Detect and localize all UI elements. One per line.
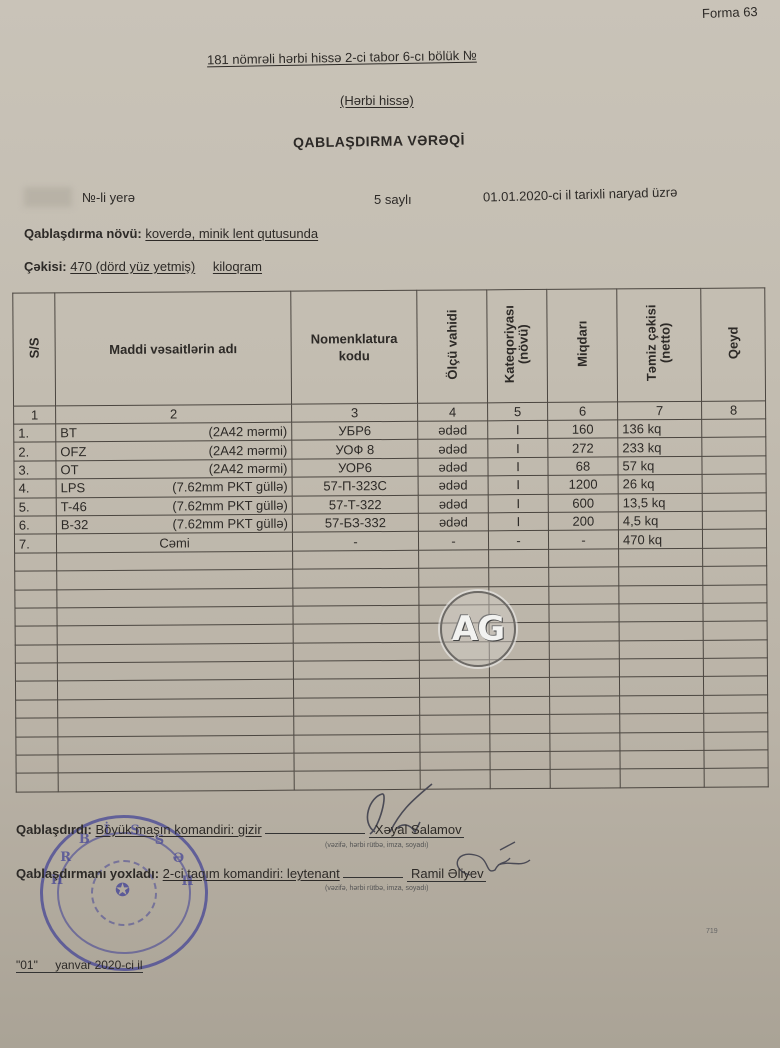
item-name: T-46 — [61, 498, 87, 515]
empty-cell — [703, 658, 767, 677]
header-net-weight: Təmiz çəkisi (netto) — [617, 288, 702, 402]
order-reference: 01.01.2020-ci il tarixli naryad üzrə — [483, 184, 678, 204]
item-description: (2A42 mərmi) — [209, 441, 288, 459]
empty-cell — [57, 680, 293, 700]
empty-cell — [419, 568, 489, 587]
nomenclature-code: 57-П-323С — [292, 476, 418, 495]
empty-cell — [704, 713, 768, 732]
empty-cell — [489, 549, 549, 568]
empty-cell — [15, 681, 57, 700]
empty-cell — [15, 663, 57, 682]
empty-cell — [703, 566, 767, 585]
quantity: 200 — [548, 512, 618, 531]
item-name: B-32 — [61, 516, 89, 533]
empty-cell — [549, 659, 619, 678]
empty-cell — [15, 571, 57, 590]
empty-cell — [549, 585, 619, 604]
empty-cell — [16, 736, 58, 755]
item-name-wrap: B-32(7.62mm PKT güllə) — [61, 515, 288, 534]
item-description: (2A42 mərmi) — [208, 423, 287, 441]
empty-cell — [619, 640, 703, 659]
empty-cell — [620, 732, 704, 751]
empty-cell — [293, 568, 419, 587]
empty-cell — [490, 696, 550, 715]
category: I — [488, 494, 548, 513]
empty-cell — [619, 622, 703, 641]
checked-by-caption: (vəzifə, hərbi rütbə, imza, soyadı) — [325, 885, 429, 892]
net-weight: 4,5 kq — [618, 511, 702, 530]
empty-cell — [703, 584, 767, 603]
item-name-cell: B-32(7.62mm PKT güllə) — [56, 514, 292, 534]
item-name-cell: BT(2A42 mərmi) — [56, 422, 292, 442]
empty-cell — [15, 645, 57, 664]
header-code: Nomenklatura kodu — [291, 290, 418, 404]
empty-cell — [293, 605, 419, 624]
empty-cell — [293, 642, 419, 661]
packed-by-role: Böyük maşın komandiri: gizir — [95, 822, 261, 837]
document-title: QABLAŞDIRMA VƏRƏQİ — [293, 132, 465, 151]
header-category: Kateqoriyası (növü) — [487, 289, 548, 402]
empty-cell — [620, 695, 704, 714]
column-number: 7 — [618, 401, 702, 420]
unit-of-measure: ədəd — [418, 494, 488, 513]
column-number: 5 — [488, 402, 548, 420]
empty-cell — [293, 587, 419, 606]
empty-cell — [703, 621, 767, 640]
empty-cell — [619, 566, 703, 585]
net-weight: 136 kq — [618, 419, 702, 438]
empty-cell — [550, 696, 620, 715]
empty-cell — [294, 752, 420, 771]
quantity: 600 — [548, 493, 618, 512]
empty-cell — [293, 660, 419, 679]
item-description: (7.62mm PKT güllə) — [172, 478, 287, 496]
weight-label: Çəkisi: — [24, 259, 67, 274]
net-weight: 57 kq — [618, 456, 702, 475]
empty-cell — [16, 755, 58, 774]
note — [702, 474, 766, 493]
net-weight: 13,5 kq — [618, 493, 702, 512]
empty-cell — [619, 658, 703, 677]
nomenclature-code: УОР6 — [292, 458, 418, 477]
empty-cell — [58, 698, 294, 718]
empty-cell — [293, 550, 419, 569]
category: I — [488, 512, 548, 531]
total-number: 7. — [14, 534, 56, 553]
item-name-cell: OFZ(2A42 mərmi) — [56, 441, 292, 461]
redacted-field — [24, 187, 72, 207]
empty-cell — [550, 751, 620, 770]
empty-cell — [704, 750, 768, 769]
empty-cell — [550, 733, 620, 752]
empty-cell — [15, 608, 57, 627]
empty-cell — [490, 715, 550, 734]
item-description: (2A42 mərmi) — [209, 460, 288, 478]
row-number: 4. — [14, 479, 56, 498]
empty-cell — [57, 551, 293, 571]
header-unit: Ölçü vahidi — [417, 290, 488, 403]
empty-cell — [703, 676, 767, 695]
category: I — [488, 420, 548, 439]
empty-cell — [293, 679, 419, 698]
total-net-weight: 470 kq — [618, 530, 702, 549]
empty-cell — [294, 734, 420, 753]
empty-cell — [58, 753, 294, 773]
item-description: (7.62mm PKT güllə) — [172, 496, 287, 514]
empty-cell — [619, 548, 703, 567]
unit-caption: (Hərbi hissə) — [340, 93, 414, 108]
document-page: Forma 63 181 nömrəli hərbi hissə 2-ci ta… — [0, 0, 780, 1048]
item-description: (7.62mm PKT güllə) — [172, 515, 287, 533]
empty-cell — [704, 768, 768, 787]
place-label: №-li yerə — [82, 190, 135, 205]
item-name-wrap: BT(2A42 mərmi) — [60, 423, 287, 442]
empty-cell — [420, 752, 490, 771]
empty-cell — [57, 588, 293, 608]
packing-table: S/S Maddi vəsaitlərin adı Nomenklatura k… — [12, 287, 768, 792]
empty-cell — [549, 549, 619, 568]
column-number: 6 — [548, 402, 618, 420]
official-stamp: ✪ HRBİSSƏII — [40, 815, 208, 971]
empty-cell — [57, 643, 293, 663]
item-name-wrap: LPS(7.62mm PKT güllə) — [61, 478, 288, 497]
quantity: 68 — [548, 457, 618, 476]
empty-cell — [619, 603, 703, 622]
row-number: 3. — [14, 461, 56, 480]
packing-type-value: koverdə, minik lent qutusunda — [145, 226, 318, 241]
checked-by-label: Qablaşdırmanı yoxladı: — [16, 866, 159, 881]
empty-cell — [490, 751, 550, 770]
item-name: LPS — [61, 479, 86, 496]
table-header-row: S/S Maddi vəsaitlərin adı Nomenklatura k… — [13, 288, 766, 406]
empty-cell — [420, 733, 490, 752]
total-note — [702, 529, 766, 548]
unit-of-measure: ədəd — [418, 439, 488, 458]
empty-cell — [489, 568, 549, 587]
item-name-cell: LPS(7.62mm PKT güllə) — [56, 477, 292, 497]
total-label: Cəmi — [56, 533, 292, 553]
item-name: OT — [60, 461, 78, 478]
unit-line: 181 nömrəli hərbi hissə 2-ci tabor 6-cı … — [207, 48, 477, 68]
empty-cell — [703, 548, 767, 567]
empty-cell — [420, 715, 490, 734]
emblem-icon: ✪ — [115, 880, 130, 901]
empty-cell — [57, 569, 293, 589]
column-number: 8 — [702, 401, 766, 419]
quantity: 272 — [548, 438, 618, 457]
column-number: 3 — [292, 403, 418, 422]
nomenclature-code: 57-БЗ-332 — [292, 513, 418, 532]
column-number: 2 — [56, 404, 292, 424]
empty-cell — [703, 640, 767, 659]
date-rest: yanvar 2020-ci il — [55, 958, 142, 972]
row-number: 2. — [14, 442, 56, 461]
stamp-letter: R — [60, 850, 71, 865]
empty-cell — [549, 604, 619, 623]
empty-cell — [15, 589, 57, 608]
total-unit: - — [418, 531, 488, 550]
signature-date: "01" yanvar 2020-ci il — [16, 958, 143, 973]
form-number: Forma 63 — [702, 4, 758, 21]
item-name-wrap: OT(2A42 mərmi) — [60, 460, 287, 479]
empty-cell — [549, 677, 619, 696]
empty-cell — [57, 624, 293, 644]
empty-cell — [16, 718, 58, 737]
empty-cell — [15, 626, 57, 645]
packed-by: Qablaşdırdı: Böyük maşın komandiri: gizi… — [16, 822, 464, 837]
note — [702, 437, 766, 456]
header-quantity: Miqdarı — [547, 289, 618, 402]
total-quantity: - — [548, 530, 618, 549]
packed-by-name: Xəyal Salamov — [369, 822, 464, 838]
quantity: 1200 — [548, 475, 618, 494]
note — [702, 419, 766, 438]
empty-cell — [16, 700, 58, 719]
net-weight: 26 kq — [618, 474, 702, 493]
packed-by-caption: (vəzifə, hərbi rütbə, imza, soyadı) — [325, 842, 429, 849]
category: I — [488, 439, 548, 458]
empty-cell — [489, 659, 549, 678]
date-day: "01" — [16, 958, 38, 972]
empty-cell — [549, 567, 619, 586]
note — [702, 511, 766, 530]
header-name: Maddi vəsaitlərin adı — [55, 291, 292, 406]
document-number: 5 saylı — [374, 192, 412, 207]
header-note: Qeyd — [701, 288, 766, 401]
item-name-wrap: T-46(7.62mm PKT güllə) — [61, 496, 288, 515]
empty-cell — [58, 716, 294, 736]
nomenclature-code: УБР6 — [292, 421, 418, 440]
packed-by-label: Qablaşdırdı: — [16, 822, 92, 837]
empty-cell — [57, 661, 293, 681]
empty-cell — [619, 677, 703, 696]
checked-by: Qablaşdırmanı yoxladı: 2-ci taqım komand… — [16, 866, 486, 881]
corner-mark: 719 — [706, 928, 718, 935]
packing-type: Qablaşdırma növü: koverdə, minik lent qu… — [24, 226, 318, 241]
table-body: 123456781.BT(2A42 mərmi)УБР6ədədI160136 … — [14, 401, 769, 792]
empty-cell — [549, 641, 619, 660]
empty-cell — [550, 769, 620, 788]
row-number: 6. — [14, 516, 56, 535]
item-name: OFZ — [60, 443, 86, 460]
empty-cell — [58, 772, 294, 792]
stamp-letter: Ə — [173, 851, 184, 866]
empty-cell — [550, 714, 620, 733]
nomenclature-code: 57-Т-322 — [292, 495, 418, 514]
empty-cell — [620, 750, 704, 769]
empty-cell — [703, 603, 767, 622]
column-number: 4 — [418, 403, 488, 421]
empty-cell — [490, 770, 550, 789]
net-weight: 233 kq — [618, 438, 702, 457]
empty-cell — [490, 733, 550, 752]
empty-cell — [294, 716, 420, 735]
row-number: 1. — [14, 424, 56, 443]
empty-cell — [704, 732, 768, 751]
weight-unit: kiloqram — [213, 259, 262, 274]
unit-of-measure: ədəd — [418, 458, 488, 477]
item-name: BT — [60, 424, 77, 441]
empty-cell — [549, 622, 619, 641]
item-name-cell: OT(2A42 mərmi) — [56, 459, 292, 479]
item-name-wrap: OFZ(2A42 mərmi) — [60, 441, 287, 460]
packing-type-label: Qablaşdırma növü: — [24, 226, 142, 241]
empty-cell — [619, 585, 703, 604]
weight: Çəkisi: 470 (dörd yüz yetmiş) kiloqram — [24, 259, 262, 274]
row-number: 5. — [14, 497, 56, 516]
nomenclature-code: УОФ 8 — [292, 440, 418, 459]
empty-cell — [420, 697, 490, 716]
empty-cell — [620, 769, 704, 788]
weight-value: 470 (dörd yüz yetmiş) — [70, 259, 195, 274]
column-number: 1 — [14, 406, 56, 424]
unit-of-measure: ədəd — [418, 421, 488, 440]
checked-by-name: Ramil Əliyev — [407, 866, 486, 882]
unit-of-measure: ədəd — [418, 513, 488, 532]
empty-cell — [16, 773, 58, 792]
total-category: - — [488, 531, 548, 550]
unit-of-measure: ədəd — [418, 476, 488, 495]
empty-cell — [293, 624, 419, 643]
empty-cell — [58, 735, 294, 755]
empty-cell — [294, 697, 420, 716]
empty-cell — [489, 678, 549, 697]
header-sn: S/S — [13, 293, 56, 406]
item-name-cell: T-46(7.62mm PKT güllə) — [56, 496, 292, 516]
total-code: - — [292, 532, 418, 551]
empty-cell — [419, 678, 489, 697]
category: I — [488, 476, 548, 495]
watermark-logo: AG — [440, 591, 516, 667]
category: I — [488, 457, 548, 476]
empty-cell — [57, 606, 293, 626]
empty-cell — [704, 695, 768, 714]
empty-cell — [419, 550, 489, 569]
empty-cell — [620, 714, 704, 733]
quantity: 160 — [548, 420, 618, 439]
note — [702, 492, 766, 511]
checked-by-role: 2-ci taqım komandiri: leytenant — [163, 866, 340, 881]
empty-cell — [15, 553, 57, 572]
note — [702, 456, 766, 475]
